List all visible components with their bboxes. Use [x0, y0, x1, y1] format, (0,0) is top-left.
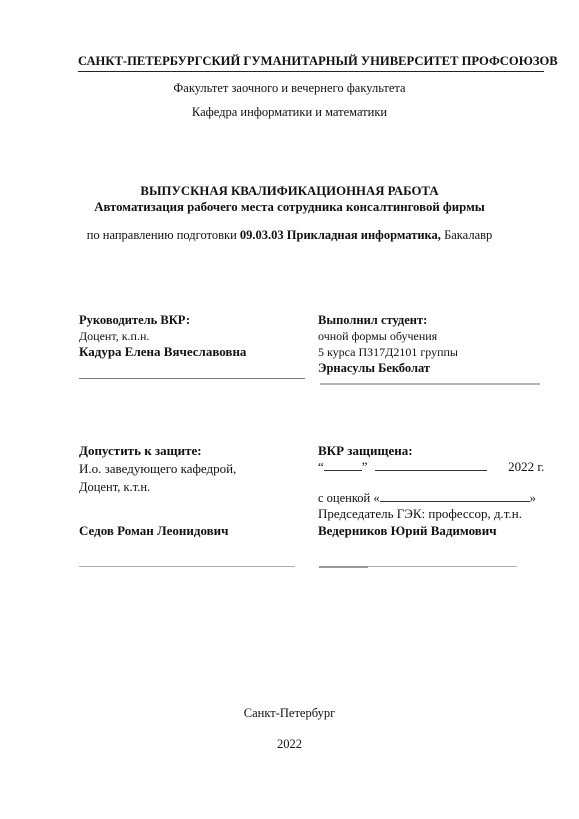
defense-year: 2022 г. [508, 459, 544, 474]
grade-prefix: с оценкой « [318, 491, 380, 505]
supervisor-heading: Руководитель ВКР: [79, 312, 246, 328]
student-heading: Выполнил студент: [318, 312, 458, 328]
defense-block: ВКР защищена: [318, 442, 413, 460]
direction-prefix: по направлению подготовки [87, 228, 240, 242]
commission-chair-name: Ведерников Юрий Вадимович [318, 523, 497, 539]
department-name: Кафедра информатики и математики [0, 105, 579, 120]
admission-name: Седов Роман Леонидович [79, 523, 229, 539]
supervisor-block: Руководитель ВКР: Доцент, к.п.н. Кадура … [79, 312, 246, 360]
commission-chair-position: Председатель ГЭК: профессор, д.т.н. [318, 506, 522, 522]
defense-grade-row: с оценкой «» [318, 490, 536, 506]
work-type-title: ВЫПУСКНАЯ КВАЛИФИКАЦИОННАЯ РАБОТА [0, 184, 579, 199]
admission-block: Допустить к защите: И.о. заведующего каф… [79, 442, 236, 496]
university-name: САНКТ-ПЕТЕРБУРГСКИЙ ГУМАНИТАРНЫЙ УНИВЕРС… [78, 54, 544, 72]
direction-level: Бакалавр [441, 228, 492, 242]
admission-position-line2: Доцент, к.т.н. [79, 478, 236, 496]
footer-city: Санкт-Петербург [0, 706, 579, 721]
supervisor-name: Кадура Елена Вячеславовна [79, 344, 246, 360]
defense-heading: ВКР защищена: [318, 442, 413, 460]
student-signature-line [320, 383, 540, 385]
admission-heading: Допустить к защите: [79, 442, 236, 460]
study-direction: по направлению подготовки 09.03.03 Прикл… [0, 228, 579, 243]
month-blank [375, 459, 487, 471]
defense-signature-line-segment [319, 566, 368, 568]
faculty-name: Факультет заочного и вечернего факультет… [0, 81, 579, 96]
quote-close: ” [362, 459, 368, 474]
grade-blank [380, 490, 530, 502]
student-name: Эрнасулы Бекболат [318, 360, 458, 376]
direction-code-name: 09.03.03 Прикладная информатика, [240, 228, 441, 242]
work-topic-title: Автоматизация рабочего места сотрудника … [0, 200, 579, 215]
admission-position-line1: И.о. заведующего кафедрой, [79, 460, 236, 478]
supervisor-position: Доцент, к.п.н. [79, 328, 246, 344]
admission-signature-line [79, 566, 295, 567]
day-blank [324, 459, 362, 471]
supervisor-signature-line [79, 378, 305, 379]
defense-date-row: “” 2022 г. [318, 459, 544, 475]
student-course-group: 5 курса ПЗ17Д2101 группы [318, 344, 458, 360]
student-study-form: очной формы обучения [318, 328, 458, 344]
footer-year: 2022 [0, 737, 579, 752]
student-block: Выполнил студент: очной формы обучения 5… [318, 312, 458, 376]
grade-suffix: » [530, 491, 536, 505]
